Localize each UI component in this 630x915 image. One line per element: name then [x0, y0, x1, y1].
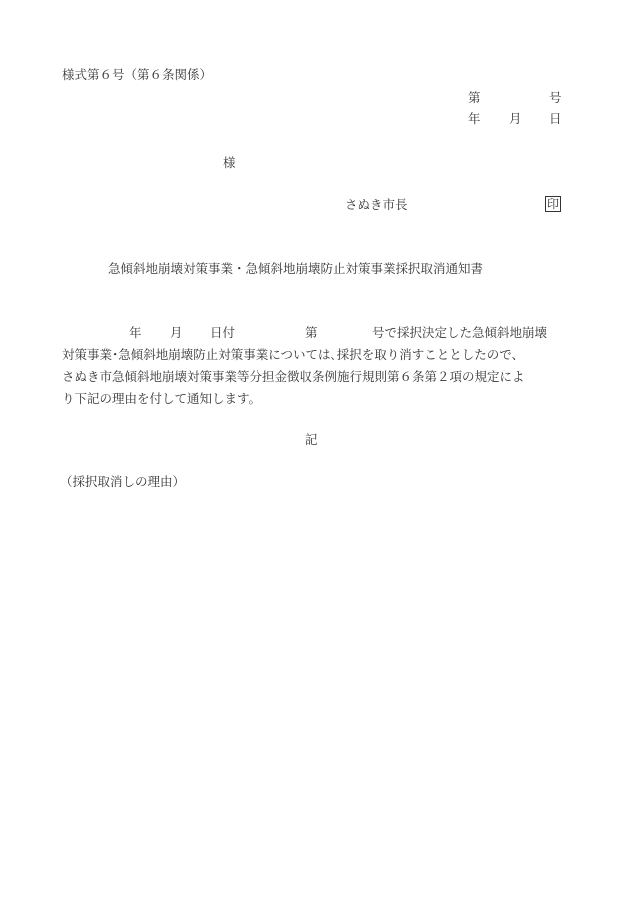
seal-stamp-icon: 印	[545, 196, 561, 212]
document-title: 急傾斜地崩壊対策事業・急傾斜地崩壊防止対策事業採択取消通知書	[108, 263, 483, 276]
body-month-label: 月	[170, 327, 183, 340]
doc-number-suffix: 号	[549, 92, 562, 105]
body-year-label: 年	[129, 327, 142, 340]
doc-number-prefix: 第	[468, 92, 481, 105]
addressee-suffix: 様	[223, 157, 236, 170]
reason-heading: （採択取消しの理由）	[60, 476, 185, 489]
body-line-3: さぬき市急傾斜地崩壊対策事業等分担金徴収条例施行規則第６条第２項の規定によ	[62, 371, 525, 384]
ki-heading: 記	[305, 434, 318, 447]
date-year-label: 年	[468, 113, 481, 126]
date-day-label: 日	[549, 113, 562, 126]
body-dai-label: 第	[305, 327, 318, 340]
body-line-4: り下記の理由を付して通知します。	[62, 393, 261, 406]
date-month-label: 月	[509, 113, 522, 126]
body-line-2: 対策事業･急傾斜地崩壊防止対策事業については､採択を取り消すこととしたので、	[62, 349, 524, 362]
form-number: 様式第６号（第６条関係）	[62, 69, 212, 82]
body-line-1-rest: 号で採択決定した急傾斜地崩壊	[372, 327, 547, 340]
sender-name: さぬき市長	[345, 199, 408, 212]
body-day-dated-label: 日付	[210, 327, 235, 340]
